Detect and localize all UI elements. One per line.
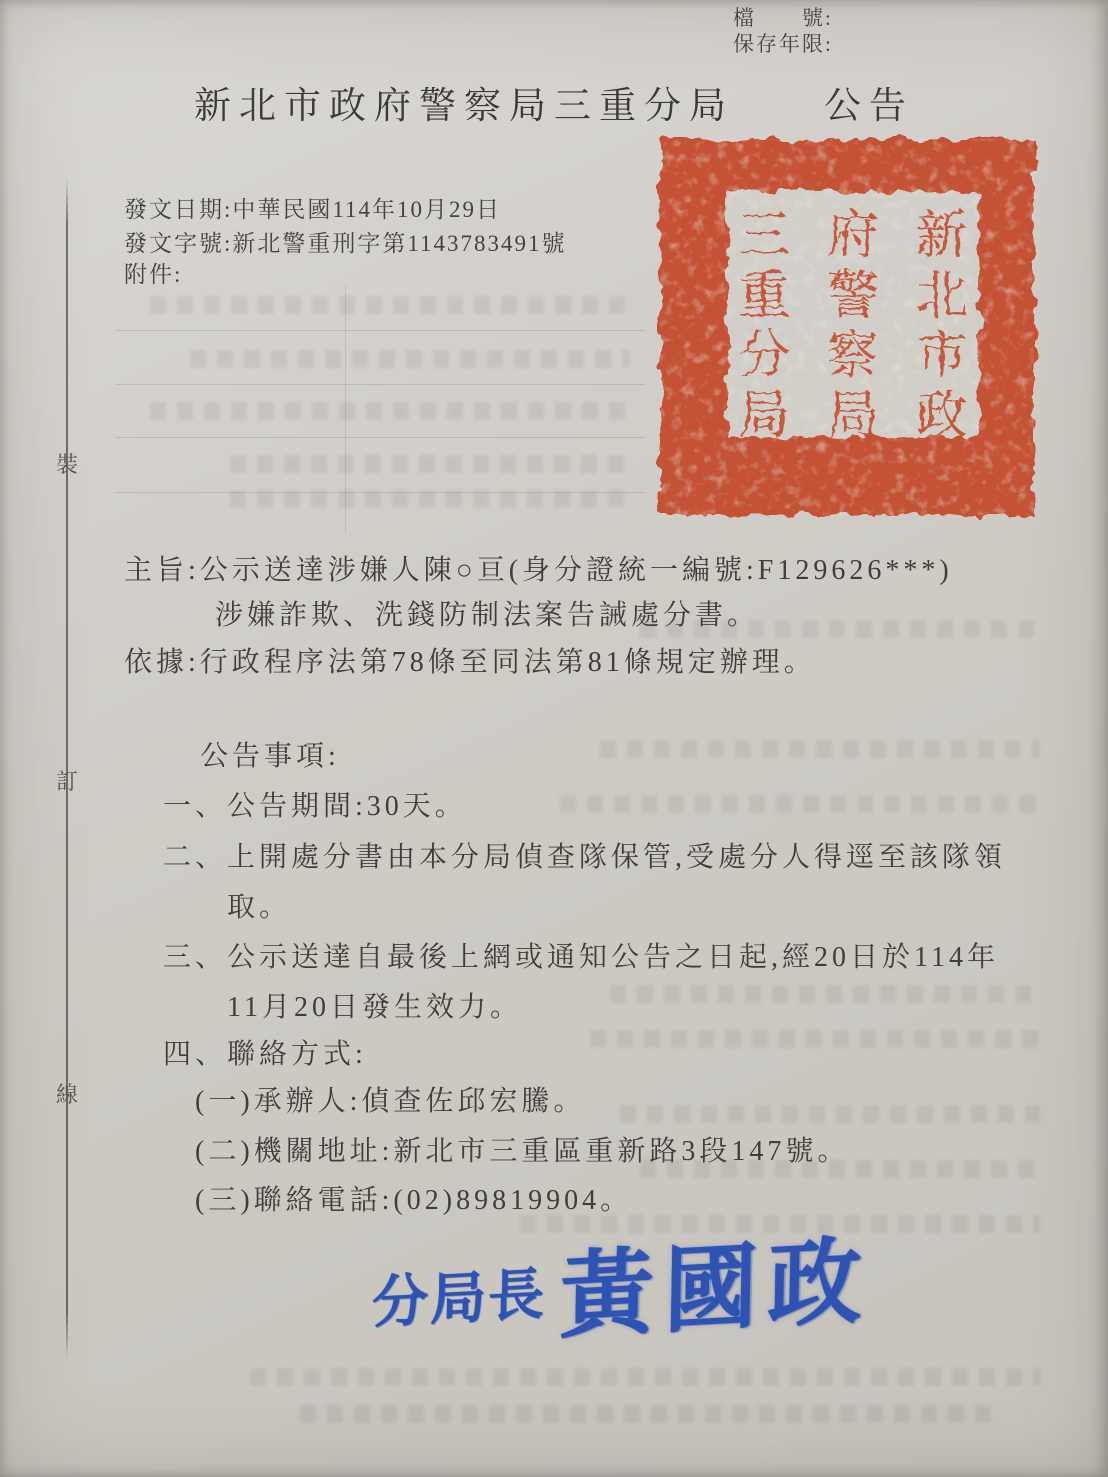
announcement-item-1: 一、公告期間:30天。 <box>163 793 467 821</box>
announcement-item-2-line-1: 二、上開處分書由本分局偵查隊保管,受處分人得逕至該隊領 <box>163 844 1006 872</box>
seal-char: 政 <box>916 388 968 445</box>
seal-char: 三 <box>738 208 790 265</box>
announcement-item-3-line-1: 三、公示送達自最後上網或通知公告之日起,經20日於114年 <box>163 944 999 972</box>
seal-graphic: 新 北 市 政 府 警 察 局 三 重 分 局 <box>650 131 1044 523</box>
bleedthrough-line <box>115 330 645 331</box>
subject-line-2: 涉嫌詐欺、洗錢防制法案告誡處分書。 <box>215 602 759 630</box>
seal-char: 重 <box>738 268 790 325</box>
bleedthrough-line <box>115 437 645 438</box>
chief-signature-stamp: 分局長 黃國政 <box>371 1205 873 1366</box>
retention-period-label: 保存年限: <box>733 34 833 55</box>
subject-line-1: 主旨:公示送達涉嫌人陳○亘(身分證統一編號:F129626***) <box>124 557 953 585</box>
agency-address: (二)機關地址:新北市三重區重新路3段147號。 <box>195 1138 849 1166</box>
bleedthrough-row <box>250 1368 1040 1386</box>
binding-mark-xian: 線 <box>52 1078 82 1109</box>
bleedthrough-row <box>600 740 1040 758</box>
bleedthrough-row <box>620 1105 1040 1123</box>
bleedthrough-row <box>590 1030 1040 1048</box>
seal-char: 新 <box>916 208 968 265</box>
file-number-label: 檔 號: <box>733 8 833 29</box>
bleedthrough-row <box>190 350 630 368</box>
announcement-item-3-line-2: 11月20日發生效力。 <box>227 994 522 1022</box>
announcement-item-4: 四、聯絡方式: <box>163 1041 367 1069</box>
chief-name: 黃國政 <box>559 1205 873 1357</box>
bleedthrough-row <box>230 490 630 508</box>
document-number: 發文字號:新北警重刑字第1143783491號 <box>124 232 567 255</box>
seal-char: 警 <box>827 268 879 325</box>
binding-mark-ding: 訂 <box>52 765 82 796</box>
chief-title: 分局長 <box>372 1249 547 1338</box>
bleedthrough-line <box>115 384 645 385</box>
announcement-heading: 公告事項: <box>200 743 340 771</box>
seal-char: 府 <box>827 208 879 265</box>
contact-person: (一)承辦人:偵查佐邱宏騰。 <box>195 1088 585 1116</box>
seal-char: 分 <box>738 328 790 385</box>
seal-char: 局 <box>738 388 790 445</box>
bleedthrough-row <box>560 795 1040 813</box>
document-title: 新北市政府警察局三重分局 公告 <box>0 88 1108 125</box>
bleedthrough-row <box>610 985 1040 1003</box>
contact-phone: (三)聯絡電話:(02)89819904。 <box>195 1187 632 1215</box>
binding-mark-zhuang: 裝 <box>52 448 82 479</box>
bleedthrough-row <box>150 402 630 420</box>
announcement-item-2-line-2: 取。 <box>227 894 291 922</box>
seal-char: 市 <box>916 328 968 385</box>
bleedthrough-row <box>230 455 630 473</box>
scanned-document-page: 檔 號: 保存年限: 新北市政府警察局三重分局 公告 發文日期:中華民國114年… <box>0 0 1108 1477</box>
issue-date: 發文日期:中華民國114年10月29日 <box>124 198 501 221</box>
legal-basis: 依據:行政程序法第78條至同法第81條規定辦理。 <box>124 649 816 677</box>
seal-char: 北 <box>916 268 968 325</box>
bleedthrough-row <box>150 296 630 314</box>
bleedthrough-row <box>300 1405 1000 1423</box>
seal-char: 察 <box>827 328 879 385</box>
official-seal-stamp: 新 北 市 政 府 警 察 局 三 重 分 局 <box>650 131 1044 523</box>
attachment-label: 附件: <box>124 263 182 286</box>
seal-char: 局 <box>827 388 879 445</box>
